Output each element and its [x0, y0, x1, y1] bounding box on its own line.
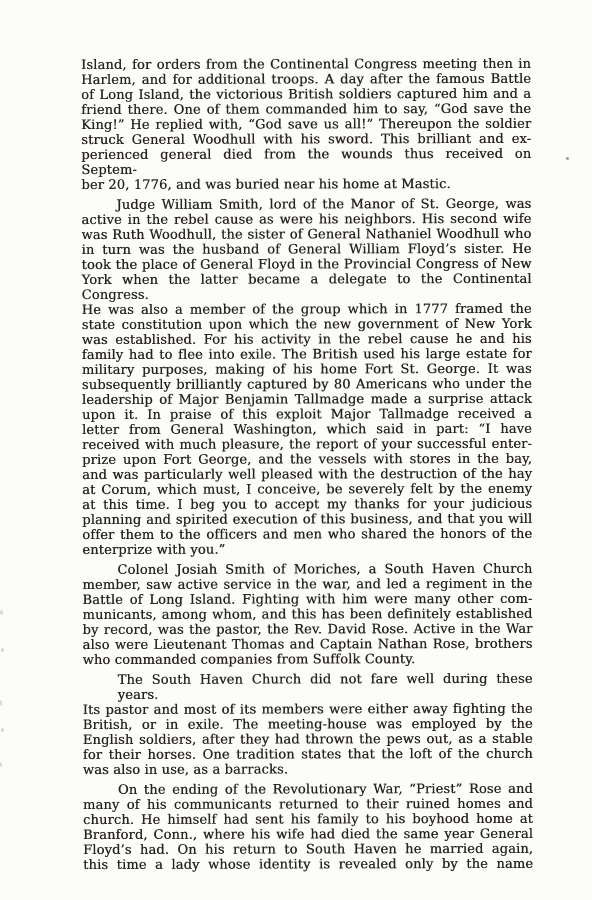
- text-line: Colonel Josiah Smith of Moriches, a Sout…: [82, 562, 532, 578]
- text-line: ber 20, 1776, and was buried near his ho…: [81, 177, 531, 193]
- text-line: English soldiers, after they had thrown …: [83, 732, 533, 748]
- text-line: York when the latter became a delegate t…: [82, 272, 532, 303]
- scan-speck: [0, 610, 3, 615]
- text-line: was Ruth Woodhull, the sister of General…: [81, 227, 531, 243]
- paragraph: Island, for orders from the Continental …: [81, 57, 531, 193]
- text-line: active in the rebel cause as were his ne…: [81, 212, 531, 228]
- text-block: Island, for orders from the Continental …: [81, 57, 533, 873]
- text-line: British, or in exile. The meeting-house …: [83, 717, 533, 733]
- paragraph: The South Haven Church did not fare well…: [83, 672, 533, 778]
- text-line: He was also a member of the group which …: [82, 302, 532, 318]
- text-line: was established. For his activity in the…: [82, 332, 532, 348]
- scan-speck: [1, 728, 4, 732]
- text-line: and was particularly well pleased with t…: [82, 467, 532, 483]
- text-line: in turn was the husband of General Willi…: [81, 242, 531, 258]
- text-line: took the place of General Floyd in the P…: [82, 257, 532, 273]
- text-line: received with much pleasure, the report …: [82, 437, 532, 453]
- text-line: military purposes, making of his home Fo…: [82, 362, 532, 378]
- scan-speck: [1, 648, 4, 652]
- paragraph: On the ending of the Revolutionary War, …: [83, 782, 533, 873]
- text-line: subsequently brilliantly captured by 80 …: [82, 377, 532, 393]
- text-line: perienced general died from the wounds t…: [81, 147, 531, 178]
- text-line: was also in use, as a barracks.: [83, 762, 533, 778]
- text-line: leadership of Major Benjamin Tallmadge m…: [82, 392, 532, 408]
- text-line: by record, was the pastor, the Rev. Davi…: [82, 622, 532, 638]
- text-line: Island, for orders from the Continental …: [81, 57, 531, 73]
- text-line: Branford, Conn., where his wife had died…: [83, 827, 533, 843]
- text-line: Harlem, and for additional troops. A day…: [81, 72, 531, 88]
- text-line: at Corum, which must, I conceive, be sev…: [82, 482, 532, 498]
- scan-speck: [566, 157, 569, 160]
- text-line: family had to flee into exile. The Briti…: [82, 347, 532, 363]
- scanned-page: Island, for orders from the Continental …: [0, 0, 592, 900]
- text-line: prize upon Fort George, and the vessels …: [82, 452, 532, 468]
- text-line: church. He himself had sent his family t…: [83, 812, 533, 828]
- paragraph: Colonel Josiah Smith of Moriches, a Sout…: [82, 562, 532, 668]
- scan-speck: [0, 700, 2, 706]
- text-line: On the ending of the Revolutionary War, …: [83, 782, 533, 798]
- text-line: at this time. I beg you to accept my tha…: [82, 497, 532, 513]
- text-line: letter from General Washington, which sa…: [82, 422, 532, 438]
- text-line: for their horses. One tradition states t…: [83, 747, 533, 763]
- text-line: friend there. One of them commanded him …: [81, 102, 531, 118]
- text-line: offer them to the officers and men who s…: [82, 527, 532, 543]
- text-line: many of his communicants returned to the…: [83, 797, 533, 813]
- text-line: struck General Woodhull with his sword. …: [81, 132, 531, 148]
- text-line: The South Haven Church did not fare well…: [83, 672, 533, 703]
- text-line: enterprize with you.”: [82, 542, 532, 558]
- text-line: Floyd’s had. On his return to South Have…: [83, 842, 533, 858]
- text-line: who commanded companies from Suffolk Cou…: [83, 652, 533, 668]
- text-line: state constitution upon which the new go…: [82, 317, 532, 333]
- text-line: upon it. In praise of this exploit Major…: [82, 407, 532, 423]
- text-line: of Long Island, the victorious British s…: [81, 87, 531, 103]
- text-line: Judge William Smith, lord of the Manor o…: [81, 197, 531, 213]
- paragraph: Judge William Smith, lord of the Manor o…: [81, 197, 532, 558]
- text-line: municants, among whom, and this has been…: [82, 607, 532, 623]
- text-line: Its pastor and most of its members were …: [83, 702, 533, 718]
- scan-speck: [0, 762, 2, 767]
- text-line: Battle of Long Island. Fighting with him…: [82, 592, 532, 608]
- text-line: planning and spirited execution of this …: [82, 512, 532, 528]
- text-line: also were Lieutenant Thomas and Captain …: [83, 637, 533, 653]
- text-line: this time a lady whose identity is revea…: [83, 857, 533, 873]
- text-line: member, saw active service in the war, a…: [82, 577, 532, 593]
- text-line: King!” He replied with, “God save us all…: [81, 117, 531, 133]
